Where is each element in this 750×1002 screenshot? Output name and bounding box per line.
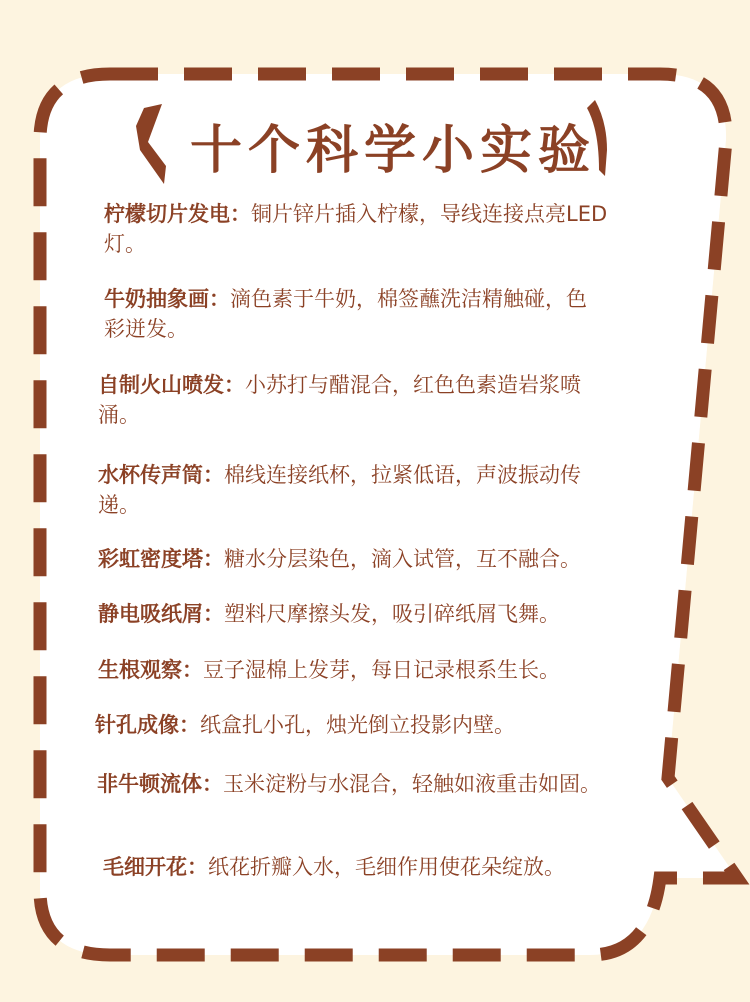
experiment-name: 非牛顿流体： bbox=[97, 772, 223, 796]
experiment-name: 柠檬切片发电： bbox=[104, 202, 251, 226]
experiment-desc: 玉米淀粉与水混合，轻触如液重击如固。 bbox=[223, 772, 601, 796]
experiment-item: 静电吸纸屑：塑料尺摩擦头发，吸引碎纸屑飞舞。 bbox=[98, 599, 658, 629]
experiment-name: 静电吸纸屑： bbox=[98, 602, 224, 626]
experiment-desc: 纸盒扎小孔，烛光倒立投影内壁。 bbox=[200, 713, 515, 737]
experiment-item: 毛细开花：纸花折瓣入水，毛细作用使花朵绽放。 bbox=[103, 852, 593, 882]
experiment-item: 针孔成像：纸盒扎小孔，烛光倒立投影内壁。 bbox=[95, 710, 655, 740]
experiment-item: 生根观察：豆子湿棉上发芽，每日记录根系生长。 bbox=[98, 655, 658, 685]
right-bracket-icon bbox=[585, 100, 615, 180]
experiment-name: 针孔成像： bbox=[95, 713, 200, 737]
title-banner: 十个科学小实验 bbox=[130, 96, 620, 186]
experiment-item: 牛奶抽象画：滴色素于牛奶，棉签蘸洗洁精触碰，色彩迸发。 bbox=[104, 284, 594, 344]
experiment-desc: 糖水分层染色，滴入试管，互不融合。 bbox=[224, 547, 581, 571]
experiment-item: 非牛顿流体：玉米淀粉与水混合，轻触如液重击如固。 bbox=[97, 769, 612, 799]
experiment-name: 水杯传声筒： bbox=[98, 463, 224, 487]
experiment-item: 柠檬切片发电：铜片锌片插入柠檬，导线连接点亮LED灯。 bbox=[104, 199, 644, 259]
page-title: 十个科学小实验 bbox=[190, 108, 596, 183]
experiment-desc: 豆子湿棉上发芽，每日记录根系生长。 bbox=[203, 658, 560, 682]
experiment-name: 自制火山喷发： bbox=[98, 373, 245, 397]
experiment-name: 牛奶抽象画： bbox=[104, 287, 230, 311]
experiment-item: 自制火山喷发：小苏打与醋混合，红色色素造岩浆喷涌。 bbox=[98, 370, 608, 430]
experiment-name: 生根观察： bbox=[98, 658, 203, 682]
experiment-desc: 纸花折瓣入水，毛细作用使花朵绽放。 bbox=[208, 855, 565, 879]
experiment-name: 彩虹密度塔： bbox=[98, 547, 224, 571]
left-bracket-icon bbox=[136, 104, 176, 184]
experiment-name: 毛细开花： bbox=[103, 855, 208, 879]
experiment-item: 水杯传声筒：棉线连接纸杯，拉紧低语，声波振动传递。 bbox=[98, 460, 608, 520]
experiment-desc: 塑料尺摩擦头发，吸引碎纸屑飞舞。 bbox=[224, 602, 560, 626]
experiment-item: 彩虹密度塔：糖水分层染色，滴入试管，互不融合。 bbox=[98, 544, 658, 574]
